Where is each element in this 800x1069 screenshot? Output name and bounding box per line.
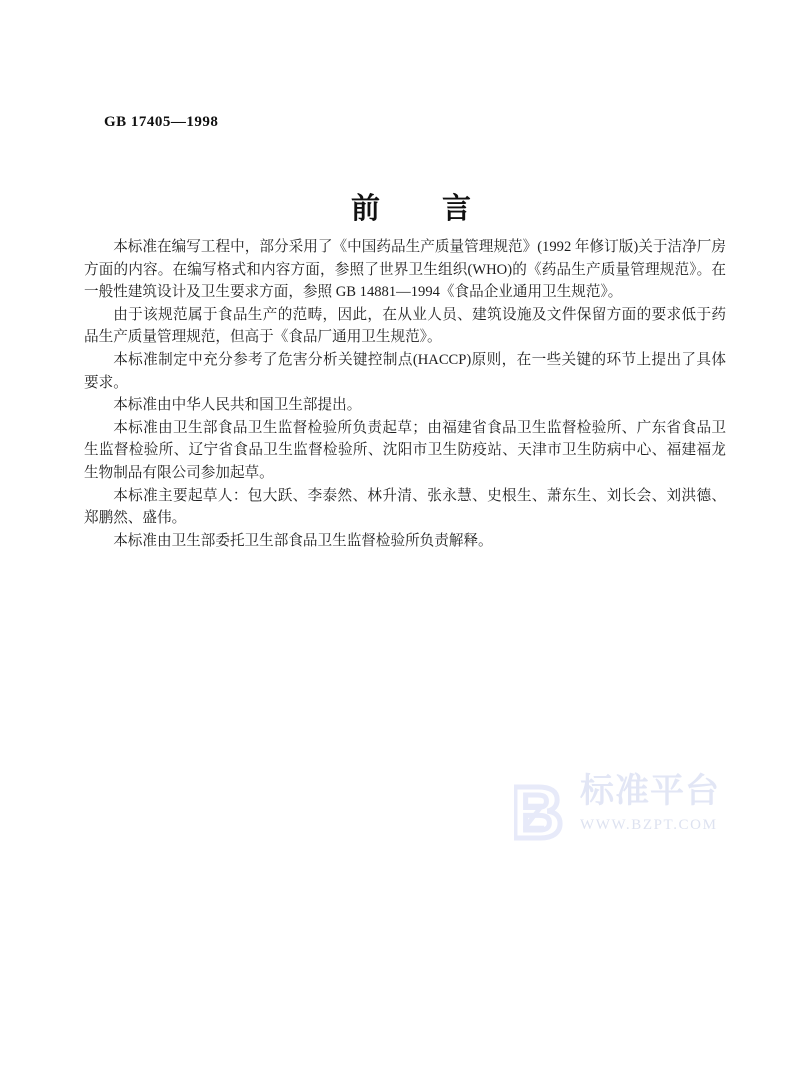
foreword-paragraph: 本标准在编写工程中，部分采用了《中国药品生产质量管理规范》(1992 年修订版)… bbox=[84, 236, 726, 304]
page-title: 前 言 bbox=[11, 186, 800, 227]
foreword-paragraph: 由于该规范属于食品生产的范畴，因此，在从业人员、建筑设施及文件保留方面的要求低于… bbox=[84, 304, 726, 349]
foreword-paragraph: 本标准由中华人民共和国卫生部提出。 bbox=[84, 394, 726, 417]
foreword-body: 本标准在编写工程中，部分采用了《中国药品生产质量管理规范》(1992 年修订版)… bbox=[84, 236, 726, 552]
watermark: B Z 标准平台 WWW.BZPT.COM bbox=[514, 762, 729, 850]
svg-text:Z: Z bbox=[522, 797, 545, 839]
page-title-char-left: 前 bbox=[351, 186, 380, 227]
foreword-paragraph: 本标准由卫生部委托卫生部食品卫生监督检验所负责解释。 bbox=[84, 530, 726, 553]
watermark-brand-text: 标准平台 bbox=[580, 774, 720, 810]
watermark-text-block: 标准平台 WWW.BZPT.COM bbox=[580, 762, 720, 834]
bzpt-logo-icon: B Z bbox=[514, 774, 576, 846]
watermark-url-text: WWW.BZPT.COM bbox=[580, 816, 720, 834]
standard-number: GB 17405—1998 bbox=[104, 114, 218, 131]
page-title-char-right: 言 bbox=[442, 186, 471, 227]
foreword-paragraph: 本标准由卫生部食品卫生监督检验所负责起草；由福建省食品卫生监督检验所、广东省食品… bbox=[84, 417, 726, 485]
foreword-paragraph: 本标准主要起草人：包大跃、李泰然、林升清、张永慧、史根生、萧东生、刘长会、刘洪德… bbox=[84, 485, 726, 530]
foreword-paragraph: 本标准制定中充分参考了危害分析关键控制点(HACCP)原则，在一些关键的环节上提… bbox=[84, 349, 726, 394]
document-page: GB 17405—1998 前 言 本标准在编写工程中，部分采用了《中国药品生产… bbox=[0, 0, 800, 1069]
